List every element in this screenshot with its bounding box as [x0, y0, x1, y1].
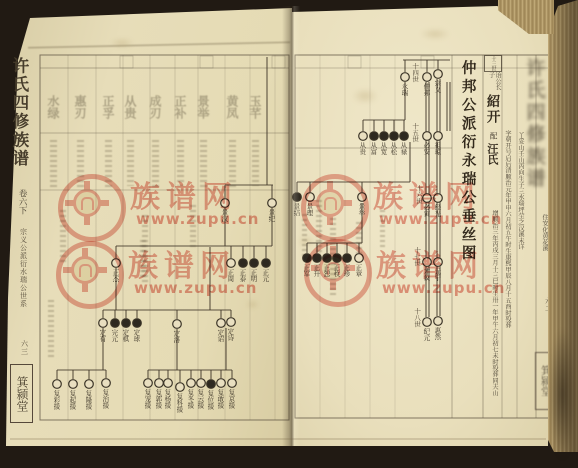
paper-stain	[246, 300, 259, 309]
tree-node-label: 复郭援	[155, 389, 162, 409]
tree-node-label: 复隆援	[85, 390, 92, 410]
tree-node-label: 定有	[99, 329, 106, 342]
tree-node-label: 正元	[262, 269, 269, 282]
tree-node-label: 从禄	[400, 142, 407, 155]
tree-node-label: 定洛	[173, 330, 180, 343]
book-gutter-shadow	[282, 6, 300, 446]
paper-stain	[420, 28, 450, 40]
generation-header: 十三世	[491, 56, 496, 71]
bio-column-1: 字朝开号启后清顺治元年甲申六月初五午时生康熙甲辰八月十五酉时殁葬	[503, 130, 510, 385]
tree-node-label: 祖琼	[434, 142, 441, 155]
tree-node-label: 复杨援	[164, 389, 171, 409]
tree-node-label: 复起援	[69, 390, 76, 410]
bleedthrough-name: 惠刃	[73, 95, 86, 125]
tree-node-label: 复京援	[228, 389, 235, 409]
bio-column-3: 丫妥山壬山丙向生子三水瑞坪茔之汉溪未详	[516, 132, 523, 292]
left-page-number: 六三	[20, 340, 28, 360]
tree-node-label: 复敢援	[217, 389, 224, 409]
paper-stain	[352, 88, 378, 104]
section-label: 宗义公派衍水瑞公世系	[19, 228, 27, 340]
tree-node-label: 惠然	[434, 327, 441, 340]
tree-node-label: 必安	[423, 142, 430, 155]
bleedthrough-name: 从贵	[123, 95, 136, 125]
book-photo: 水绿惠刃正孚从贵成刃正补景举黄凤玉芊 永瑞仲邦宗义从贵从富从宽从松从禄必安祖琼景…	[0, 0, 578, 468]
spouse-name: 汪氏	[486, 143, 498, 169]
tree-node-label: 复彩援	[53, 390, 60, 410]
bleedthrough-name: 正补	[173, 95, 186, 125]
zupu-seal-logo-icon	[58, 174, 126, 242]
tree-node-label: 纪元	[423, 328, 430, 341]
generation-label: 十八世	[413, 308, 420, 332]
zupu-seal-logo-icon	[56, 241, 124, 309]
tree-node-label: 复科援	[176, 393, 183, 413]
tree-node-label: 从宽	[380, 142, 387, 155]
ink-smudge	[549, 328, 576, 460]
generation-header-box: 十三世	[484, 55, 502, 72]
volume-label: 卷六下	[17, 189, 26, 223]
bleedthrough-name: 景举	[196, 95, 209, 125]
tree-node-label: 复治援	[102, 389, 109, 409]
bleedthrough-name: 玉芊	[248, 95, 261, 125]
tree-node-label: 复宠援	[144, 389, 151, 409]
generation-label: 十四世	[411, 63, 418, 87]
paper-stain	[110, 38, 134, 48]
residence-note: 住安化黄花溪	[540, 214, 547, 286]
bio-column-2: 增顺治三年丙戌三月十三巳时生卅一年甲午六月初七未时殁葬同夫山	[490, 210, 497, 415]
tree-node-label: 复位援	[207, 390, 214, 410]
zupu-seal-logo-icon	[304, 239, 372, 307]
tree-node-label: 完元	[111, 329, 118, 342]
left-hall-mark: 箕颍堂	[15, 376, 28, 412]
watermark-url: www.zupu.cn	[134, 279, 257, 297]
tree-node-label: 定球	[133, 329, 140, 342]
relation-note: 诒公长子	[487, 72, 500, 94]
bleedthrough-name: 黄凤	[225, 95, 238, 125]
watermark-url: www.zupu.cn	[379, 210, 502, 228]
bleedthrough-text-bar	[48, 300, 54, 360]
tree-node-label: 从富	[370, 142, 377, 155]
tree-node-label: 永瑞	[401, 83, 408, 96]
tree-node-label: 定棋	[122, 329, 129, 342]
tree-node-label: 宗义	[434, 80, 441, 93]
left-hall-mark-box: 箕颍堂	[10, 364, 33, 423]
person-name: 紹开	[484, 94, 499, 130]
seal-glyph	[81, 197, 94, 210]
tree-node-label: 仲邦	[423, 83, 430, 96]
bleedthrough-text-bar	[50, 140, 57, 190]
seal-glyph	[79, 264, 92, 277]
bleedthrough-name: 正孚	[101, 95, 114, 125]
bleedthrough-text-bar	[252, 140, 259, 186]
seal-glyph	[327, 262, 340, 275]
bleedthrough-name: 成刃	[148, 95, 161, 125]
bleedthrough-name: 水绿	[46, 95, 59, 125]
seal-glyph	[324, 197, 337, 210]
spouse-prefix: 配	[489, 132, 497, 142]
tree-node-label: 定诗	[227, 328, 234, 341]
zupu-seal-logo-icon	[301, 174, 369, 242]
tree-node-label: 从松	[390, 142, 397, 155]
tree-node-label: 定诏	[217, 329, 224, 342]
tree-node-label: 复冬援	[187, 389, 194, 409]
watermark-url: www.zupu.cn	[136, 210, 259, 228]
tree-node-label: 从贵	[359, 142, 366, 155]
tree-node-label: 复云援	[197, 389, 204, 409]
generation-label: 十五世	[411, 123, 418, 147]
watermark-url: www.zupu.cn	[382, 279, 505, 297]
page-bottom-edge	[10, 438, 546, 440]
tree-node-label: 景纪	[268, 209, 275, 222]
